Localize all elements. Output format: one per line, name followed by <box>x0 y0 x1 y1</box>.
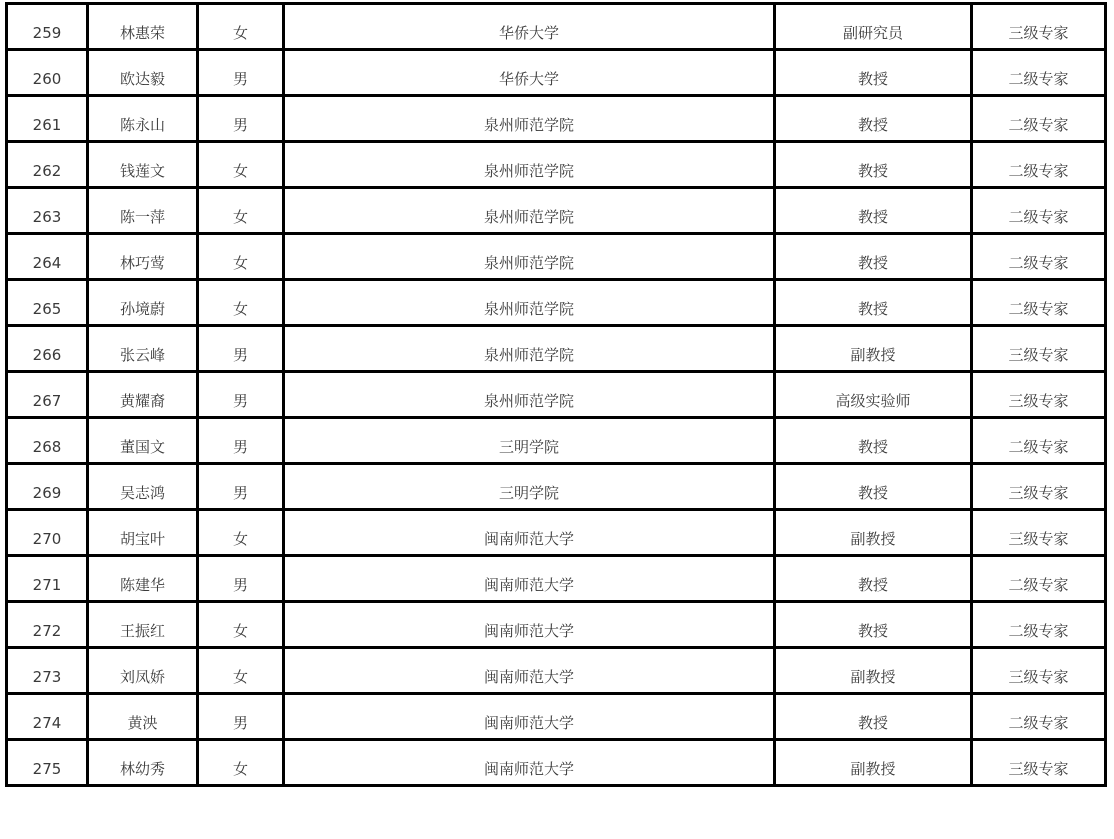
cell-unit: 三明学院 <box>284 464 775 510</box>
cell-number: 266 <box>7 326 88 372</box>
cell-level: 二级专家 <box>972 188 1106 234</box>
cell-number: 261 <box>7 96 88 142</box>
cell-title: 教授 <box>775 96 972 142</box>
cell-unit: 泉州师范学院 <box>284 96 775 142</box>
cell-unit: 三明学院 <box>284 418 775 464</box>
cell-unit: 泉州师范学院 <box>284 280 775 326</box>
cell-name: 王振红 <box>88 602 198 648</box>
cell-number: 275 <box>7 740 88 786</box>
cell-name: 张云峰 <box>88 326 198 372</box>
cell-gender: 男 <box>198 694 284 740</box>
cell-level: 二级专家 <box>972 96 1106 142</box>
cell-gender: 男 <box>198 464 284 510</box>
table-row: 262 钱莲文 女 泉州师范学院 教授 二级专家 <box>7 142 1106 188</box>
cell-unit: 闽南师范大学 <box>284 556 775 602</box>
cell-level: 二级专家 <box>972 602 1106 648</box>
cell-gender: 女 <box>198 234 284 280</box>
cell-title: 教授 <box>775 556 972 602</box>
cell-title: 教授 <box>775 234 972 280</box>
cell-name: 孙境蔚 <box>88 280 198 326</box>
cell-name: 董国文 <box>88 418 198 464</box>
cell-level: 二级专家 <box>972 280 1106 326</box>
cell-gender: 女 <box>198 510 284 556</box>
table-row: 259 林惠荣 女 华侨大学 副研究员 三级专家 <box>7 4 1106 50</box>
cell-number: 273 <box>7 648 88 694</box>
cell-name: 林幼秀 <box>88 740 198 786</box>
cell-level: 三级专家 <box>972 510 1106 556</box>
cell-level: 二级专家 <box>972 418 1106 464</box>
cell-gender: 女 <box>198 188 284 234</box>
cell-unit: 闽南师范大学 <box>284 648 775 694</box>
cell-title: 教授 <box>775 464 972 510</box>
table-row: 261 陈永山 男 泉州师范学院 教授 二级专家 <box>7 96 1106 142</box>
cell-name: 林惠荣 <box>88 4 198 50</box>
cell-title: 教授 <box>775 602 972 648</box>
cell-name: 陈永山 <box>88 96 198 142</box>
expert-roster-table: 259 林惠荣 女 华侨大学 副研究员 三级专家 260 欧达毅 男 华侨大学 … <box>5 2 1107 787</box>
cell-level: 三级专家 <box>972 464 1106 510</box>
cell-number: 262 <box>7 142 88 188</box>
cell-level: 二级专家 <box>972 234 1106 280</box>
cell-name: 黄耀裔 <box>88 372 198 418</box>
table-row: 273 刘凤娇 女 闽南师范大学 副教授 三级专家 <box>7 648 1106 694</box>
cell-number: 272 <box>7 602 88 648</box>
cell-level: 三级专家 <box>972 372 1106 418</box>
table-row: 266 张云峰 男 泉州师范学院 副教授 三级专家 <box>7 326 1106 372</box>
cell-title: 副教授 <box>775 326 972 372</box>
cell-name: 吴志鸿 <box>88 464 198 510</box>
cell-title: 教授 <box>775 50 972 96</box>
cell-title: 副教授 <box>775 740 972 786</box>
cell-number: 274 <box>7 694 88 740</box>
cell-title: 教授 <box>775 188 972 234</box>
cell-level: 三级专家 <box>972 740 1106 786</box>
cell-number: 270 <box>7 510 88 556</box>
cell-name: 陈建华 <box>88 556 198 602</box>
cell-unit: 华侨大学 <box>284 50 775 96</box>
cell-unit: 华侨大学 <box>284 4 775 50</box>
cell-gender: 男 <box>198 372 284 418</box>
table-row: 260 欧达毅 男 华侨大学 教授 二级专家 <box>7 50 1106 96</box>
table-row: 268 董国文 男 三明学院 教授 二级专家 <box>7 418 1106 464</box>
cell-gender: 女 <box>198 602 284 648</box>
cell-gender: 男 <box>198 556 284 602</box>
cell-unit: 闽南师范大学 <box>284 602 775 648</box>
cell-number: 263 <box>7 188 88 234</box>
table-row: 275 林幼秀 女 闽南师范大学 副教授 三级专家 <box>7 740 1106 786</box>
cell-number: 259 <box>7 4 88 50</box>
table-row: 264 林巧莺 女 泉州师范学院 教授 二级专家 <box>7 234 1106 280</box>
cell-title: 副研究员 <box>775 4 972 50</box>
cell-title: 副教授 <box>775 510 972 556</box>
cell-level: 三级专家 <box>972 4 1106 50</box>
cell-level: 三级专家 <box>972 648 1106 694</box>
cell-gender: 男 <box>198 326 284 372</box>
table-row: 263 陈一萍 女 泉州师范学院 教授 二级专家 <box>7 188 1106 234</box>
cell-gender: 女 <box>198 648 284 694</box>
cell-unit: 泉州师范学院 <box>284 188 775 234</box>
cell-gender: 男 <box>198 50 284 96</box>
cell-level: 二级专家 <box>972 50 1106 96</box>
cell-level: 三级专家 <box>972 326 1106 372</box>
cell-level: 二级专家 <box>972 142 1106 188</box>
cell-number: 271 <box>7 556 88 602</box>
cell-title: 高级实验师 <box>775 372 972 418</box>
cell-gender: 女 <box>198 740 284 786</box>
cell-unit: 闽南师范大学 <box>284 740 775 786</box>
cell-title: 教授 <box>775 418 972 464</box>
cell-name: 欧达毅 <box>88 50 198 96</box>
cell-gender: 女 <box>198 4 284 50</box>
cell-number: 260 <box>7 50 88 96</box>
cell-name: 陈一萍 <box>88 188 198 234</box>
cell-name: 黄泱 <box>88 694 198 740</box>
cell-level: 二级专家 <box>972 556 1106 602</box>
roster-table-body: 259 林惠荣 女 华侨大学 副研究员 三级专家 260 欧达毅 男 华侨大学 … <box>7 4 1106 786</box>
expert-roster-sheet: 259 林惠荣 女 华侨大学 副研究员 三级专家 260 欧达毅 男 华侨大学 … <box>5 2 1104 787</box>
cell-name: 胡宝叶 <box>88 510 198 556</box>
cell-name: 刘凤娇 <box>88 648 198 694</box>
cell-level: 二级专家 <box>972 694 1106 740</box>
cell-number: 265 <box>7 280 88 326</box>
cell-unit: 闽南师范大学 <box>284 510 775 556</box>
cell-unit: 泉州师范学院 <box>284 372 775 418</box>
cell-unit: 泉州师范学院 <box>284 142 775 188</box>
cell-number: 264 <box>7 234 88 280</box>
table-row: 274 黄泱 男 闽南师范大学 教授 二级专家 <box>7 694 1106 740</box>
table-row: 270 胡宝叶 女 闽南师范大学 副教授 三级专家 <box>7 510 1106 556</box>
cell-title: 教授 <box>775 694 972 740</box>
cell-unit: 闽南师范大学 <box>284 694 775 740</box>
cell-unit: 泉州师范学院 <box>284 234 775 280</box>
table-row: 267 黄耀裔 男 泉州师范学院 高级实验师 三级专家 <box>7 372 1106 418</box>
cell-name: 林巧莺 <box>88 234 198 280</box>
cell-gender: 男 <box>198 418 284 464</box>
table-row: 269 吴志鸿 男 三明学院 教授 三级专家 <box>7 464 1106 510</box>
cell-title: 副教授 <box>775 648 972 694</box>
table-row: 265 孙境蔚 女 泉州师范学院 教授 二级专家 <box>7 280 1106 326</box>
cell-gender: 女 <box>198 142 284 188</box>
cell-title: 教授 <box>775 280 972 326</box>
table-row: 272 王振红 女 闽南师范大学 教授 二级专家 <box>7 602 1106 648</box>
table-row: 271 陈建华 男 闽南师范大学 教授 二级专家 <box>7 556 1106 602</box>
cell-name: 钱莲文 <box>88 142 198 188</box>
cell-gender: 女 <box>198 280 284 326</box>
cell-title: 教授 <box>775 142 972 188</box>
cell-number: 268 <box>7 418 88 464</box>
cell-number: 269 <box>7 464 88 510</box>
cell-number: 267 <box>7 372 88 418</box>
cell-unit: 泉州师范学院 <box>284 326 775 372</box>
cell-gender: 男 <box>198 96 284 142</box>
